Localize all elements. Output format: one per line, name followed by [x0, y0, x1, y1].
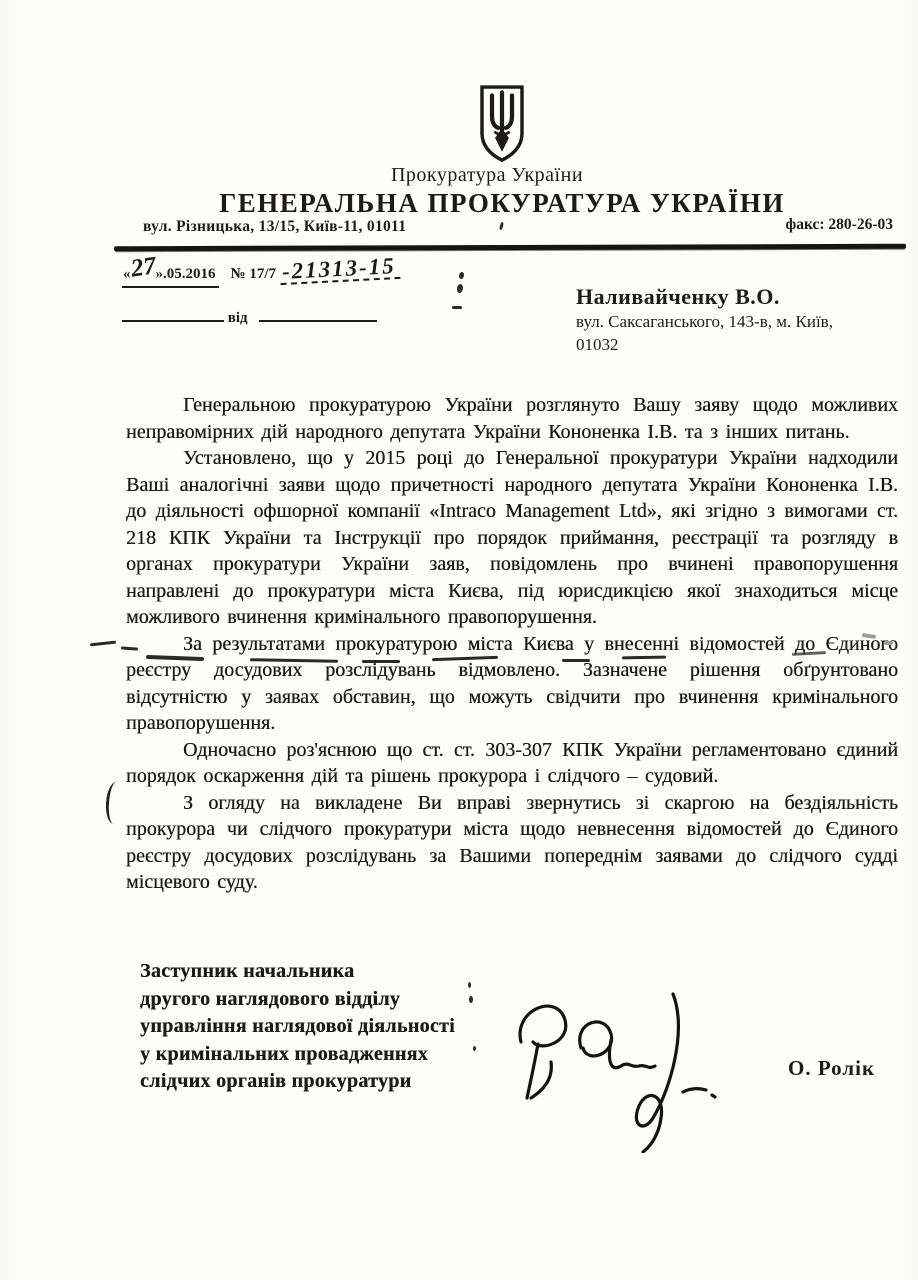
- addressee-name: Наливайченку В.О.: [576, 284, 906, 310]
- position-line: Заступник начальника: [140, 958, 560, 986]
- ink-dot: [468, 982, 471, 988]
- ink-smudge: [562, 659, 590, 662]
- position-line: другого наглядового відділу: [140, 986, 560, 1014]
- signer-position-block: Заступник начальника другого наглядового…: [140, 958, 560, 1096]
- from-label: від: [228, 310, 248, 326]
- date-field: «27».05.2016: [122, 262, 219, 288]
- reference-from-line: від: [122, 306, 377, 327]
- letterhead-contact-row: вул. Різницька, 13/15, Київ-11, 01011 фа…: [0, 218, 918, 240]
- ink-dash: [452, 306, 462, 309]
- addressee-postcode: 01032: [576, 333, 906, 356]
- blank-underline: [122, 306, 224, 322]
- addressee-street: вул. Саксаганського, 143-в, м. Київ,: [576, 310, 906, 333]
- paragraph: Установлено, що у 2015 році до Генеральн…: [126, 445, 898, 631]
- blank-underline: [259, 306, 377, 322]
- paragraph: За результатами прокуратурою міста Києва…: [126, 631, 898, 737]
- ink-smudge: [884, 641, 893, 645]
- ink-dot: [456, 284, 463, 294]
- ink-dot: [469, 996, 473, 1003]
- addressee-block: Наливайченку В.О. вул. Саксаганського, 1…: [576, 284, 906, 356]
- org-title: ГЕНЕРАЛЬНА ПРОКУРАТУРА УКРАЇНИ: [0, 188, 918, 219]
- position-line: управління наглядової діяльності: [140, 1013, 560, 1041]
- handwritten-doc-number: -21313-15: [279, 257, 400, 285]
- doc-number-label: № 17/7: [231, 266, 277, 282]
- ink-dot: [458, 271, 465, 279]
- org-fax: факс: 280-26-03: [785, 216, 893, 234]
- paragraph: Генеральною прокуратурою України розглян…: [126, 392, 898, 445]
- ink-smudge: [90, 641, 116, 647]
- date-open-quote: «: [123, 266, 131, 282]
- ink-dot: [473, 1046, 476, 1051]
- reference-date-line: «27».05.2016№ 17/7 -21313-15: [122, 262, 400, 288]
- paragraph: З огляду на викладене Ви вправі звернути…: [126, 790, 898, 896]
- ukraine-trident-emblem-icon: [474, 84, 530, 164]
- ink-smudge: [362, 660, 400, 663]
- org-name-small: Прокуратура України: [0, 164, 918, 187]
- paragraph: Одночасно роз'яснюю що ст. ст. 303-307 К…: [126, 737, 898, 790]
- position-line: у кримінальних провадженнях: [140, 1041, 560, 1069]
- handwritten-day: 27: [129, 257, 156, 278]
- date-rest: ».05.2016: [156, 266, 216, 282]
- signer-name: О. Ролік: [788, 1056, 875, 1081]
- ink-smudge: [121, 646, 138, 650]
- handwritten-signature: [505, 988, 717, 1153]
- letter-body: Генеральною прокуратурою України розглян…: [126, 392, 898, 896]
- org-address: вул. Різницька, 13/15, Київ-11, 01011: [143, 218, 406, 236]
- position-line: слідчих органів прокуратури: [140, 1068, 560, 1096]
- handwritten-paren-mark: [105, 781, 126, 824]
- letterhead-divider-rule: [114, 244, 906, 251]
- scanned-letter-page: Прокуратура України ГЕНЕРАЛЬНА ПРОКУРАТУ…: [0, 0, 918, 1280]
